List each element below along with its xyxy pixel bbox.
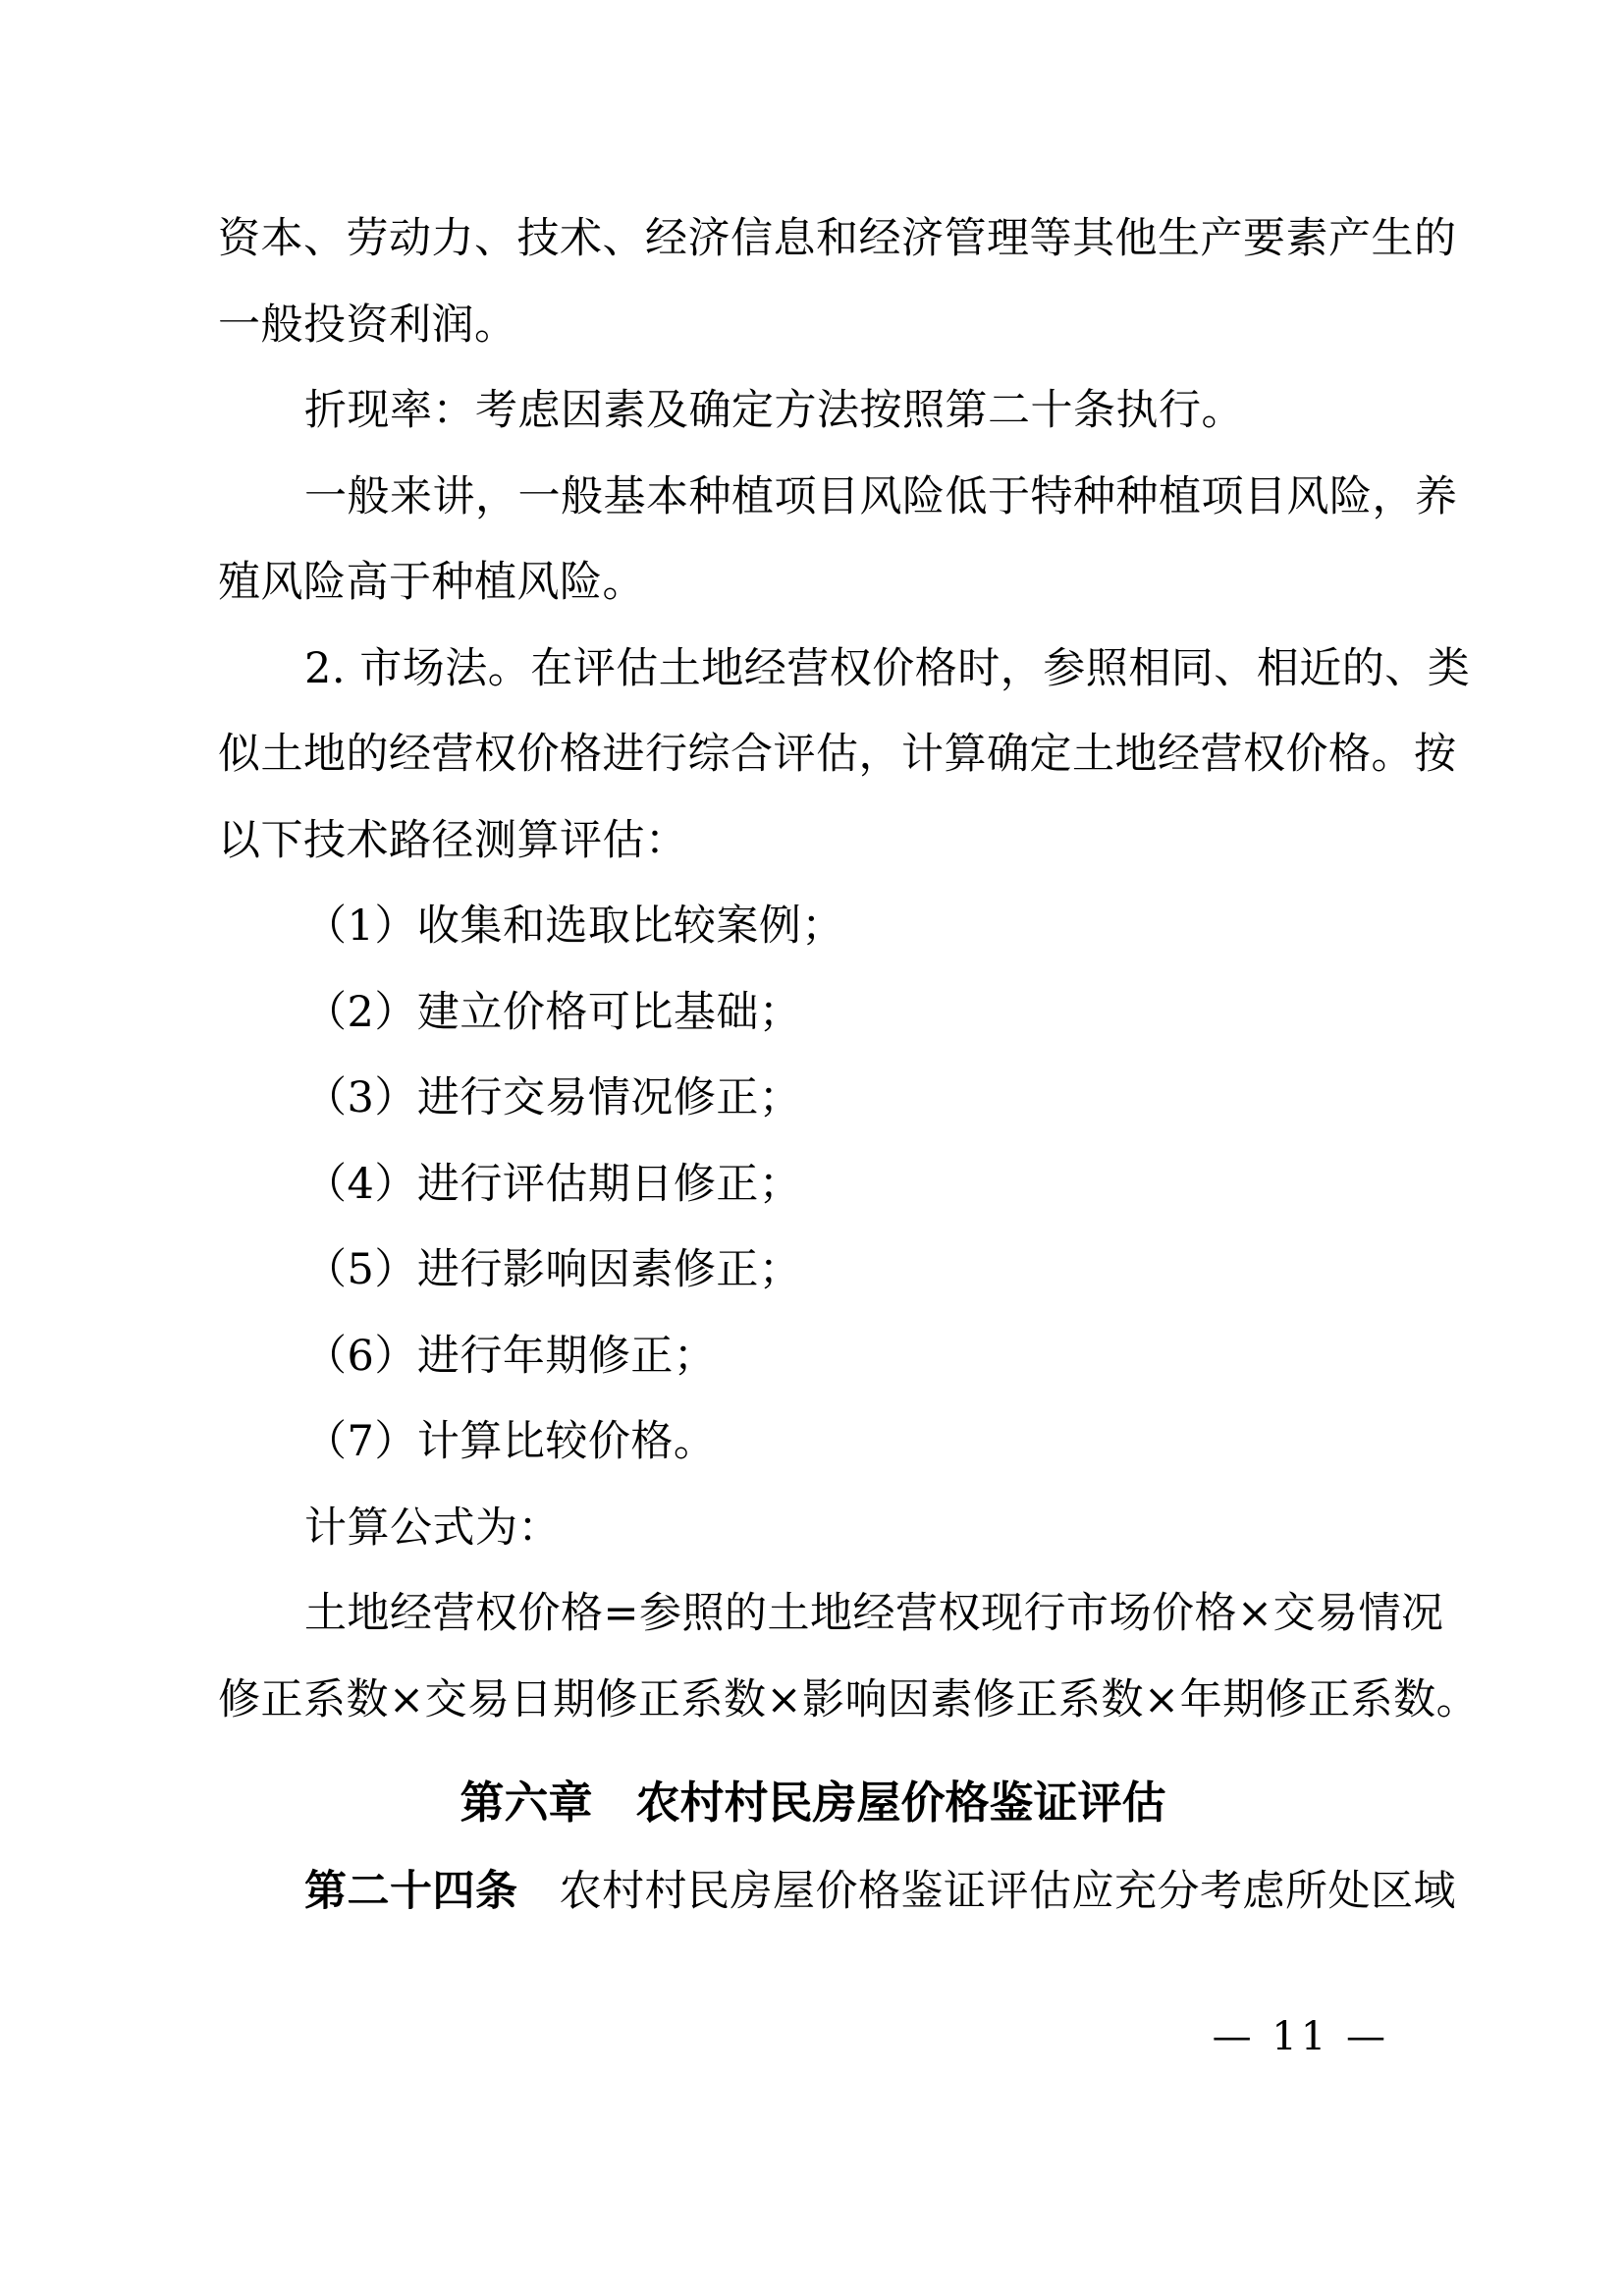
- article-line: 第二十四条农村村民房屋价格鉴证评估应充分考虑所处区域: [218, 1847, 1408, 1936]
- formula-line: 土地经营权价格=参照的土地经营权现行市场价格×交易情况: [218, 1571, 1408, 1658]
- body-line: 似土地的经营权价格进行综合评估，计算确定土地经营权价格。按: [218, 712, 1408, 798]
- list-item: （6）进行年期修正；: [218, 1314, 1408, 1400]
- chapter-title: 农村村民房屋价格鉴证评估: [636, 1777, 1166, 1829]
- body-line: 一般来讲，一般基本种植项目风险低于特种种植项目风险，养: [218, 455, 1408, 541]
- chapter-heading: 第六章农村村民房屋价格鉴证评估: [218, 1759, 1408, 1847]
- body-line: 以下技术路径测算评估：: [218, 798, 1408, 885]
- body-line: 2. 市场法。在评估土地经营权价格时，参照相同、相近的、类: [218, 627, 1408, 713]
- list-item: （7）计算比较价格。: [218, 1399, 1408, 1486]
- chapter-number: 第六章: [460, 1777, 592, 1829]
- article-number: 第二十四条: [304, 1867, 518, 1916]
- article-text: 农村村民房屋价格鉴证评估应充分考虑所处区域: [560, 1867, 1457, 1916]
- list-item: （1）收集和选取比较案例；: [218, 884, 1408, 970]
- body-line: 折现率：考虑因素及确定方法按照第二十条执行。: [218, 368, 1408, 455]
- list-item: （4）进行评估期日修正；: [218, 1142, 1408, 1229]
- body-line: 资本、劳动力、技术、经济信息和经济管理等其他生产要素产生的: [218, 196, 1408, 283]
- list-item: （2）建立价格可比基础；: [218, 970, 1408, 1057]
- page-number: — 11 —: [1213, 2011, 1389, 2062]
- body-line: 殖风险高于种植风险。: [218, 540, 1408, 627]
- document-page: 资本、劳动力、技术、经济信息和经济管理等其他生产要素产生的 一般投资利润。 折现…: [0, 0, 1623, 2296]
- list-item: （3）进行交易情况修正；: [218, 1056, 1408, 1142]
- body-line: 计算公式为：: [218, 1486, 1408, 1572]
- document-body: 资本、劳动力、技术、经济信息和经济管理等其他生产要素产生的 一般投资利润。 折现…: [218, 196, 1408, 1936]
- list-item: （5）进行影响因素修正；: [218, 1228, 1408, 1314]
- body-line: 一般投资利润。: [218, 283, 1408, 369]
- formula-line: 修正系数×交易日期修正系数×影响因素修正系数×年期修正系数。: [218, 1658, 1408, 1744]
